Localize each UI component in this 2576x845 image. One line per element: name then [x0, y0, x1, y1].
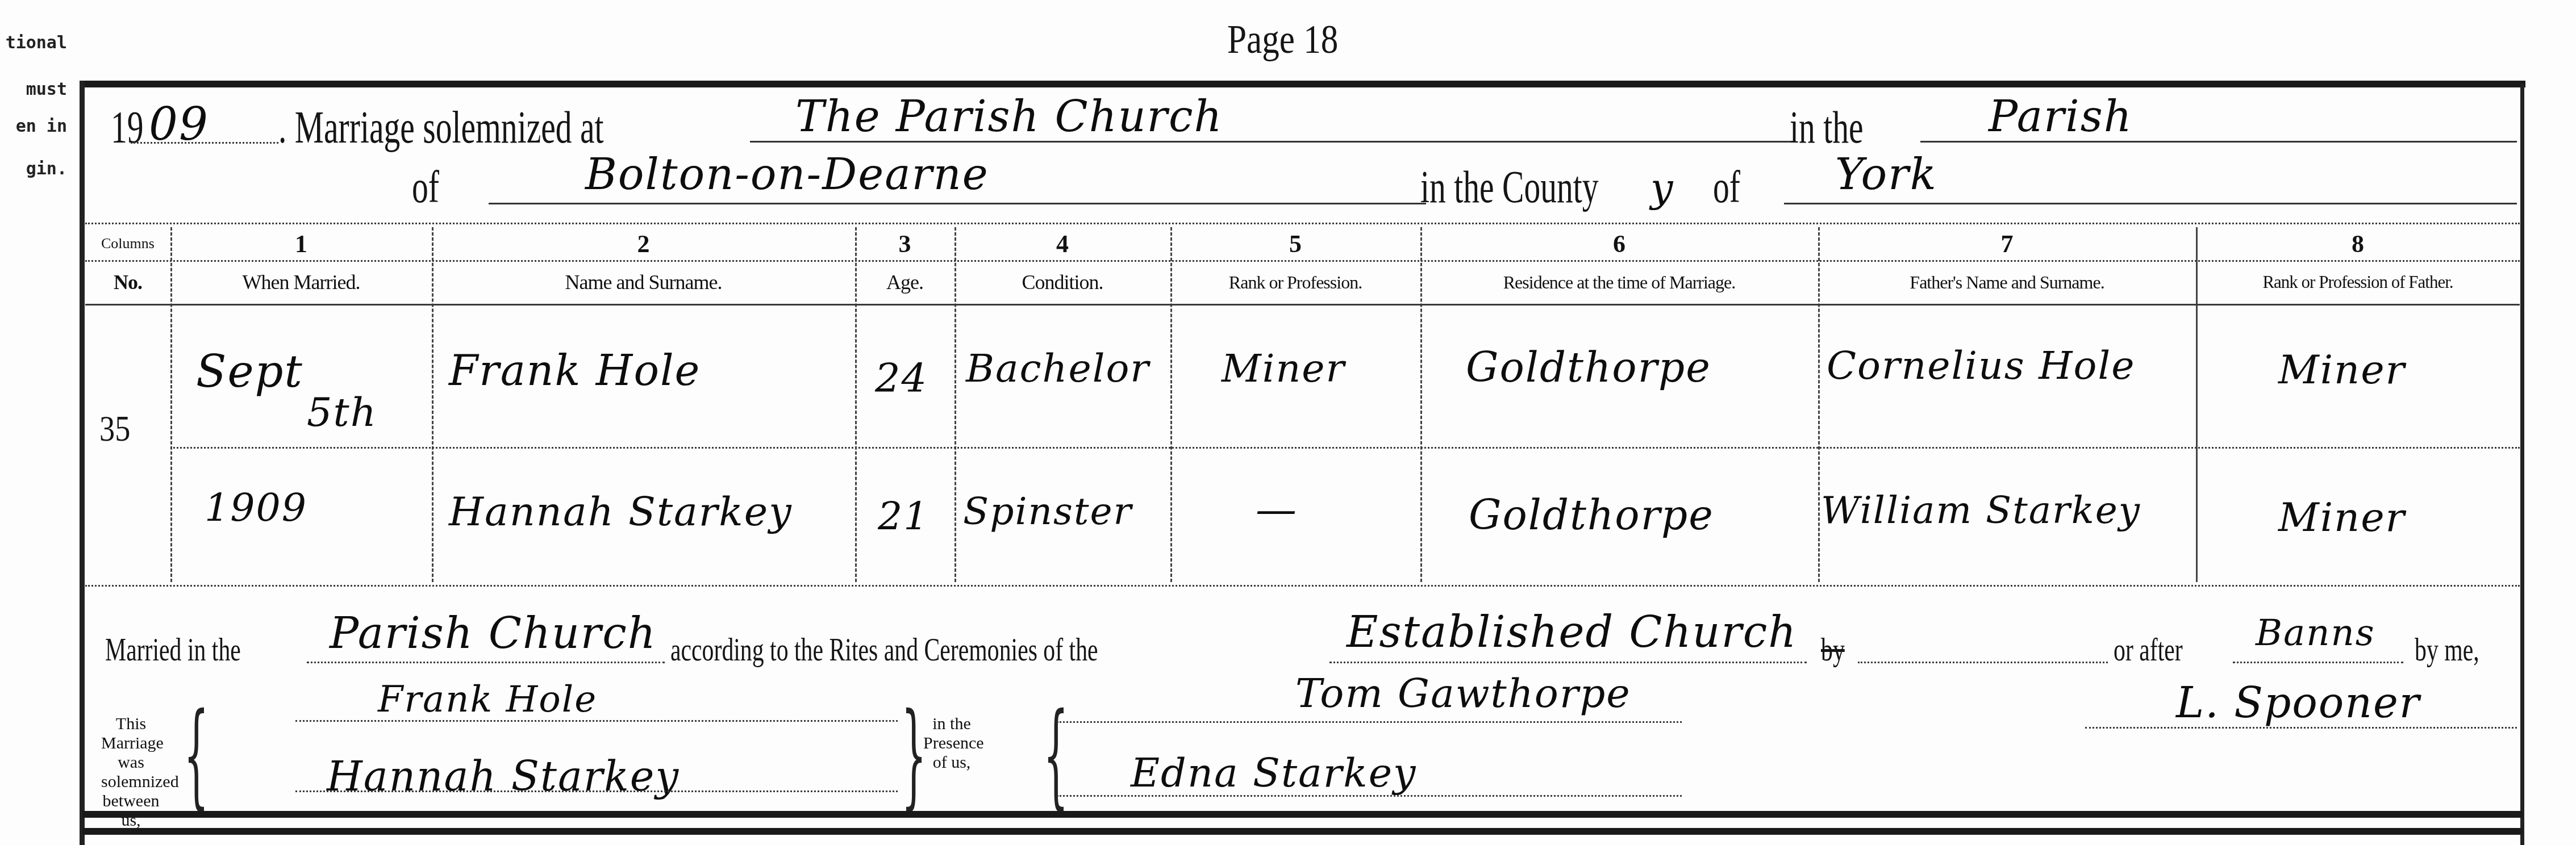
when-married-year: 1909	[205, 486, 307, 530]
solemnized-label: . Marriage solemnized at	[278, 102, 604, 154]
header-label-rule	[85, 304, 2520, 306]
frame-left-rule	[80, 81, 85, 845]
presence-line-3: of us,	[923, 753, 980, 772]
heading-bottom-line	[85, 223, 2520, 224]
year-fill-line	[131, 142, 278, 144]
bottom-double-rule-top	[82, 811, 2523, 818]
county-fill-line	[1784, 203, 2517, 204]
col-num-4: 4	[954, 229, 1170, 258]
bride-rank: —	[1256, 486, 1298, 533]
row-divider	[170, 447, 2520, 449]
col-label-rank: Rank or Profession.	[1170, 262, 1420, 302]
bride-name: Hannah Starkey	[449, 488, 793, 535]
bride-father-name: William Starkey	[1821, 488, 2141, 532]
solemnized-line-1: This Marriage	[101, 714, 161, 753]
left-brace-parties: {	[184, 698, 209, 812]
frame-right-rule	[2520, 84, 2524, 845]
church-fill-line	[750, 141, 1795, 143]
margin-note-2: must	[0, 80, 67, 99]
by-me-label: by me,	[2415, 630, 2479, 668]
margin-note-1: tional	[0, 33, 67, 53]
rites-value: Established Church	[1347, 606, 1797, 657]
county-suffix: y	[1650, 165, 1674, 211]
col-label-no: No.	[85, 262, 170, 302]
bride-residence: Goldthorpe	[1469, 491, 1714, 539]
parish-value: Bolton-on-Dearne	[585, 149, 989, 199]
col-num-3: 3	[855, 229, 954, 258]
col-num-6: 6	[1420, 229, 1818, 258]
county-label: in the County	[1420, 162, 1599, 214]
married-in-fill-line	[307, 662, 665, 663]
by-struck: by	[1821, 630, 1845, 668]
col-label-father-rank: Rank or Profession of Father.	[2196, 262, 2520, 302]
banns-fill-line	[2233, 662, 2403, 663]
header-num-rule	[85, 260, 2520, 262]
presence-label: in the Presence of us,	[923, 714, 980, 772]
groom-rank: Miner	[1222, 346, 1345, 391]
col-label-age: Age.	[855, 262, 954, 302]
groom-father-name: Cornelius Hole	[1827, 344, 2136, 388]
witness-signature-1: Tom Gawthorpe	[1295, 670, 1631, 717]
when-married-month: Sept	[196, 346, 303, 398]
col-num-7: 7	[1818, 229, 2196, 258]
groom-name: Frank Hole	[449, 346, 701, 395]
presence-line-2: Presence	[923, 734, 980, 753]
officiant-fill-line	[2085, 727, 2517, 729]
married-in-value: Parish Church	[330, 608, 657, 658]
groom-age: 24	[875, 355, 928, 401]
witness-line-2	[1057, 795, 1682, 797]
entry-number: 35	[99, 408, 130, 450]
party-line-1	[295, 720, 898, 722]
rites-fill-line	[1329, 662, 1807, 663]
col-num-1: 1	[170, 229, 432, 258]
columns-label: Columns	[85, 229, 170, 258]
in-the-label: in the	[1790, 102, 1864, 154]
or-after-value: Banns	[2256, 612, 2375, 654]
bride-father-rank: Miner	[2278, 494, 2406, 541]
rites-label: according to the Rites and Ceremonies of…	[670, 630, 1098, 668]
margin-note-4: gin.	[0, 159, 67, 179]
bottom-double-rule-bottom	[82, 828, 2523, 835]
or-after-label: or after	[2114, 630, 2183, 668]
col-label-when-married: When Married.	[170, 262, 432, 302]
party-signature-groom: Frank Hole	[378, 679, 597, 721]
witness-line-1	[1057, 721, 1682, 723]
married-in-label: Married in the	[105, 630, 241, 668]
bride-condition: Spinster	[963, 490, 1132, 533]
parish-fill-line	[489, 203, 1426, 204]
when-married-day: 5th	[307, 389, 377, 436]
page-number: Page 18	[1227, 16, 1338, 63]
witness-signature-2: Edna Starkey	[1131, 750, 1417, 796]
col-num-5: 5	[1170, 229, 1420, 258]
year-prefix: 19	[111, 102, 144, 154]
groom-residence: Goldthorpe	[1466, 344, 1711, 391]
county-of-label: of	[1713, 162, 1740, 214]
district-fill-line	[1920, 141, 2517, 143]
bride-age: 21	[878, 494, 929, 539]
presence-line-1: in the	[923, 714, 980, 734]
col-label-father-name: Father's Name and Surname.	[1818, 262, 2196, 302]
of-label: of	[412, 162, 439, 214]
table-bottom-rule	[85, 585, 2520, 587]
groom-condition: Bachelor	[966, 346, 1150, 391]
church-value: The Parish Church	[795, 91, 1223, 141]
col-label-name: Name and Surname.	[432, 262, 855, 302]
by-fill-line	[1858, 662, 2108, 663]
district-value: Parish	[1989, 91, 2133, 141]
officiant-signature: L. Spooner	[2176, 679, 2420, 727]
col-label-condition: Condition.	[954, 262, 1170, 302]
party-line-2	[295, 790, 898, 792]
col-num-8: 8	[2196, 229, 2520, 258]
margin-note-3: en in	[0, 116, 67, 136]
frame-top-rule	[82, 81, 2525, 87]
col-num-2: 2	[432, 229, 855, 258]
county-value: York	[1835, 149, 1937, 199]
party-signature-bride: Hannah Starkey	[327, 752, 680, 800]
col-label-residence: Residence at the time of Marriage.	[1420, 262, 1818, 302]
solemnized-line-2: was solemnized	[101, 753, 161, 792]
groom-father-rank: Miner	[2278, 346, 2406, 393]
